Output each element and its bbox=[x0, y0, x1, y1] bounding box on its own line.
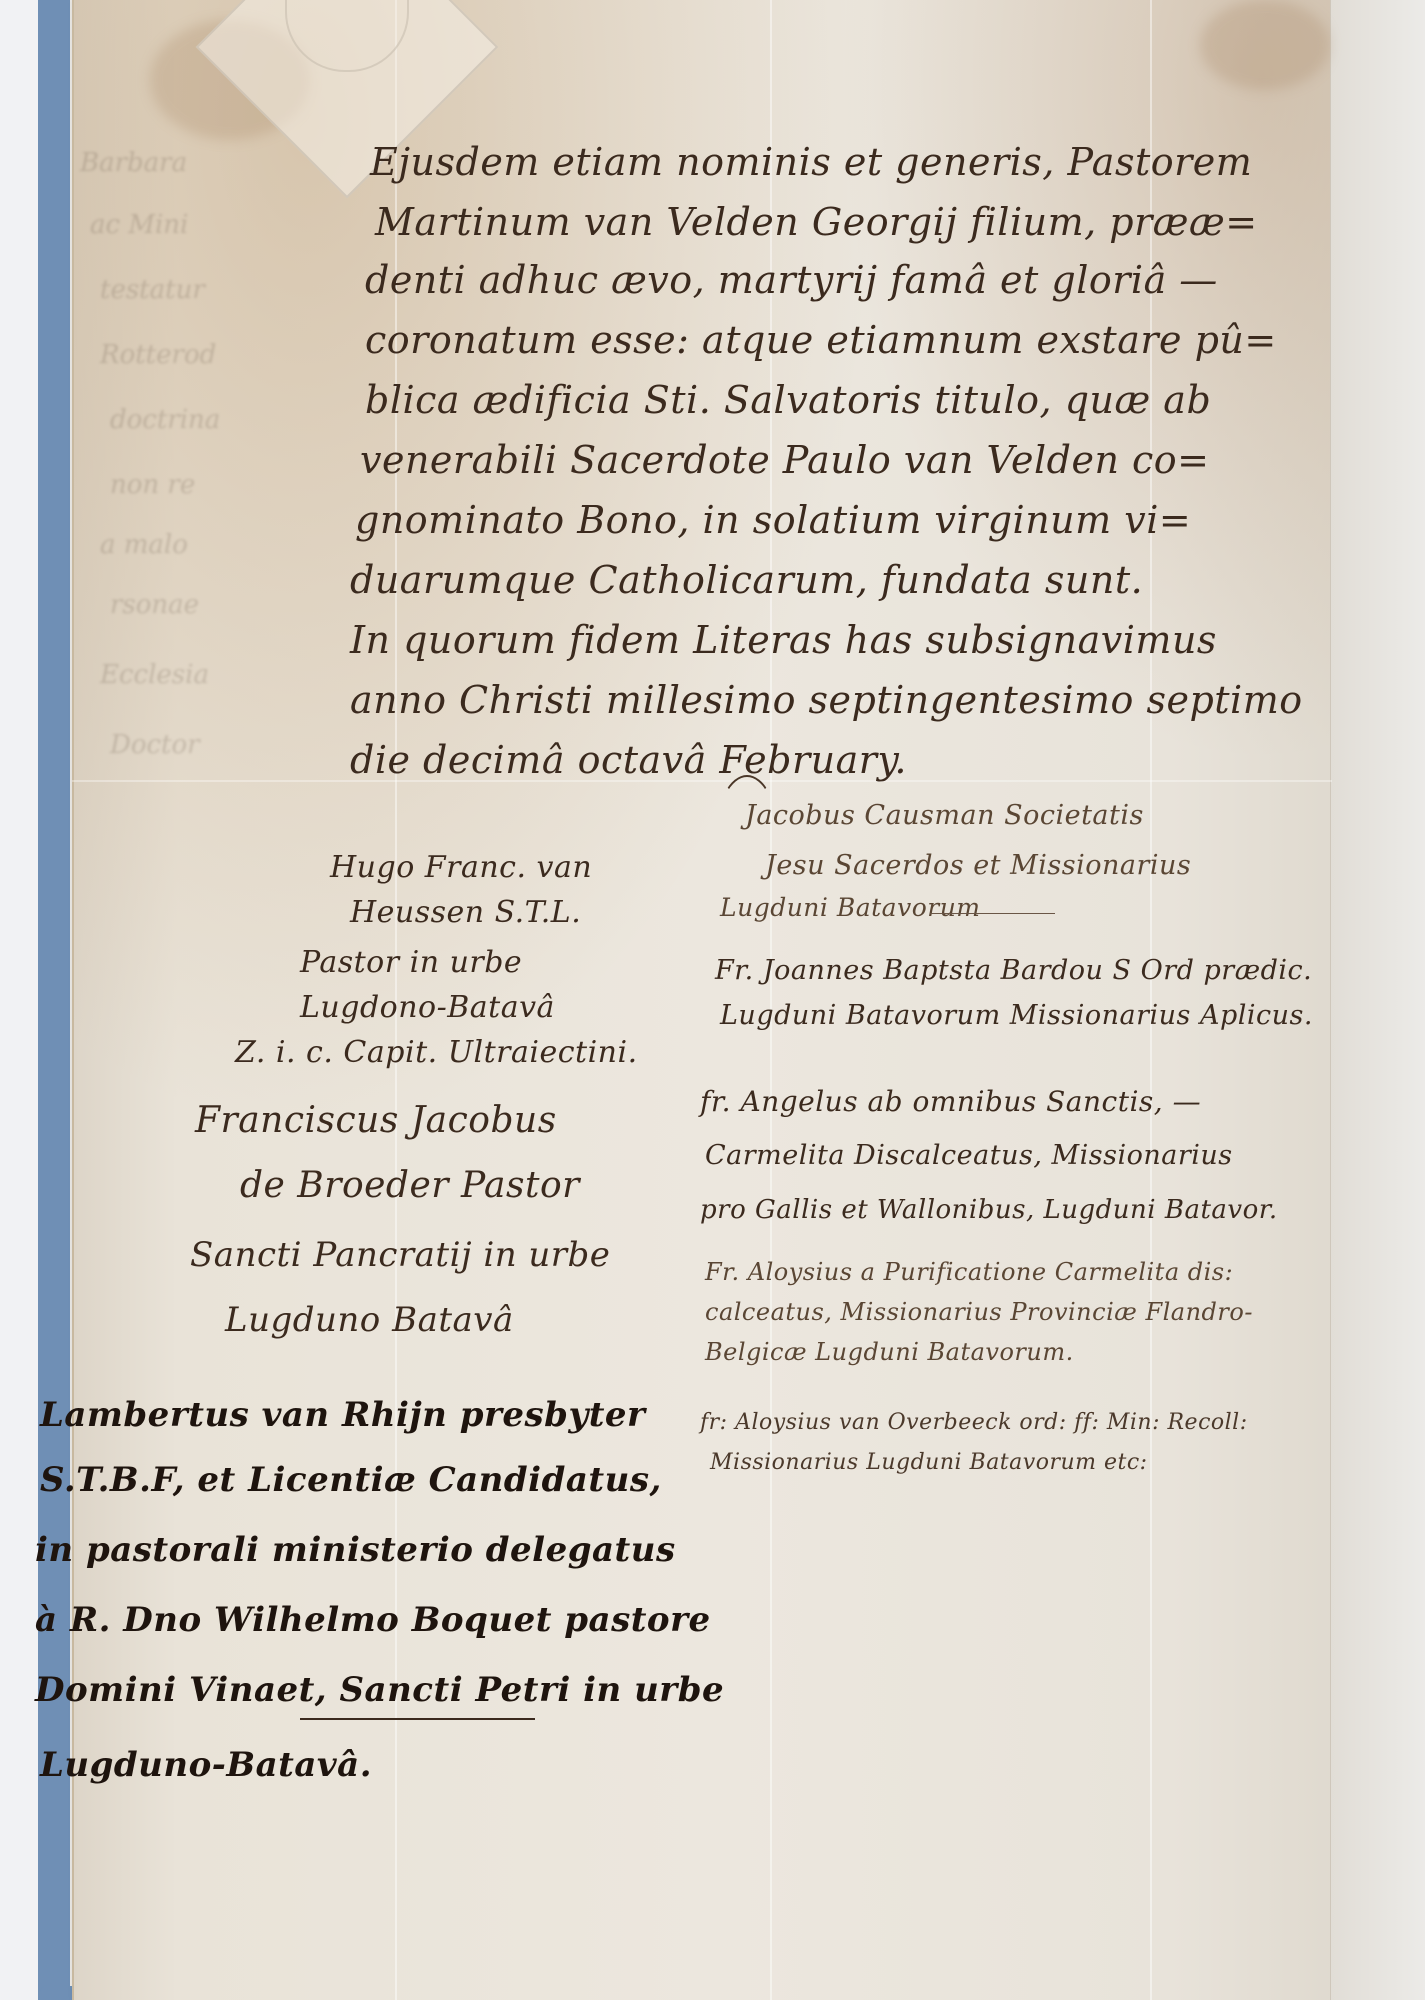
bleed-through-text: non re bbox=[110, 470, 195, 500]
signature-line: Domini Vinaet, Sancti Petri in urbe bbox=[35, 1670, 724, 1710]
body-line-1: Ejusdem etiam nominis et generis, Pastor… bbox=[370, 140, 1252, 184]
age-stain bbox=[1200, 0, 1330, 90]
signature-underline bbox=[930, 913, 1055, 914]
body-line-2: Martinum van Velden Georgij filium, prææ… bbox=[375, 200, 1258, 244]
bleed-through-text: Barbara bbox=[80, 148, 187, 178]
signature-line: de Broeder Pastor bbox=[240, 1165, 580, 1206]
body-line-3: denti adhuc ævo, martyrij famâ et gloriâ… bbox=[365, 258, 1218, 302]
signature-line: Fr. Aloysius a Purificatione Carmelita d… bbox=[705, 1258, 1233, 1286]
signature-line: fr. Angelus ab omnibus Sanctis, — bbox=[700, 1085, 1201, 1118]
body-line-7: gnominato Bono, in solatium virginum vi= bbox=[355, 498, 1191, 542]
signature-line: Lugdono-Batavâ bbox=[300, 990, 555, 1025]
signature-line: Jesu Sacerdos et Missionarius bbox=[765, 850, 1191, 881]
signature-line: S.T.B.F, et Licentiæ Candidatus, bbox=[40, 1460, 662, 1500]
bleed-through-text: Ecclesia bbox=[100, 660, 209, 690]
signature-line: Heussen S.T.L. bbox=[350, 895, 581, 930]
signature-line: Lugduno Batavâ bbox=[225, 1300, 514, 1340]
bleed-through-text: ac Mini bbox=[90, 210, 188, 240]
signature-line: Pastor in urbe bbox=[300, 945, 522, 980]
signature-line: Hugo Franc. van bbox=[330, 850, 592, 885]
signature-line: fr: Aloysius van Overbeeck ord: ff: Min:… bbox=[700, 1410, 1248, 1435]
bleed-through-text: a malo bbox=[100, 530, 188, 560]
underline-sancti-petri bbox=[300, 1718, 535, 1720]
bleed-through-text: Rotterod bbox=[100, 340, 216, 370]
signature-line: calceatus, Missionarius Provinciæ Flandr… bbox=[705, 1298, 1253, 1326]
body-line-11: die decimâ octavâ February. bbox=[350, 738, 907, 782]
signature-line: Belgicæ Lugduni Batavorum. bbox=[705, 1338, 1074, 1366]
signature-line: Lambertus van Rhijn presbyter bbox=[40, 1395, 645, 1435]
signature-line: Carmelita Discalceatus, Missionarius bbox=[705, 1140, 1233, 1171]
body-line-8: duarumque Catholicarum, fundata sunt. bbox=[350, 558, 1143, 602]
body-line-10: anno Christi millesimo septingentesimo s… bbox=[350, 678, 1303, 722]
bleed-through-text: rsonae bbox=[110, 590, 199, 620]
body-line-9: In quorum fidem Literas has subsignavimu… bbox=[350, 618, 1217, 662]
signature-line: Lugduni Batavorum Missionarius Aplicus. bbox=[720, 1000, 1313, 1031]
bleed-through-text: doctrina bbox=[110, 405, 220, 435]
signature-line: Franciscus Jacobus bbox=[195, 1100, 557, 1141]
page-right-edge bbox=[1330, 0, 1425, 2000]
signature-line: Fr. Joannes Baptsta Bardou S Ord prædic. bbox=[715, 955, 1312, 986]
signature-line: Missionarius Lugduni Batavorum etc: bbox=[710, 1450, 1148, 1475]
signature-line: à R. Dno Wilhelmo Boquet pastore bbox=[35, 1600, 711, 1640]
signature-line: Jacobus Causman Societatis bbox=[745, 800, 1144, 831]
signature-line: Z. i. c. Capit. Ultraiectini. bbox=[235, 1035, 638, 1070]
signature-line: Lugduno-Batavâ. bbox=[40, 1745, 372, 1785]
body-line-5: blica ædificia Sti. Salvatoris titulo, q… bbox=[365, 378, 1211, 422]
body-line-4: coronatum esse: atque etiamnum exstare p… bbox=[365, 318, 1277, 362]
body-line-6: venerabili Sacerdote Paulo van Velden co… bbox=[360, 438, 1210, 482]
signature-line: Lugduni Batavorum bbox=[720, 893, 981, 922]
signature-line: in pastorali ministerio delegatus bbox=[35, 1530, 676, 1570]
bleed-through-text: testatur bbox=[100, 275, 205, 305]
bleed-through-text: Doctor bbox=[110, 730, 200, 760]
signature-line: pro Gallis et Wallonibus, Lugduni Batavo… bbox=[700, 1195, 1278, 1225]
signature-line: Sancti Pancratij in urbe bbox=[190, 1235, 610, 1275]
